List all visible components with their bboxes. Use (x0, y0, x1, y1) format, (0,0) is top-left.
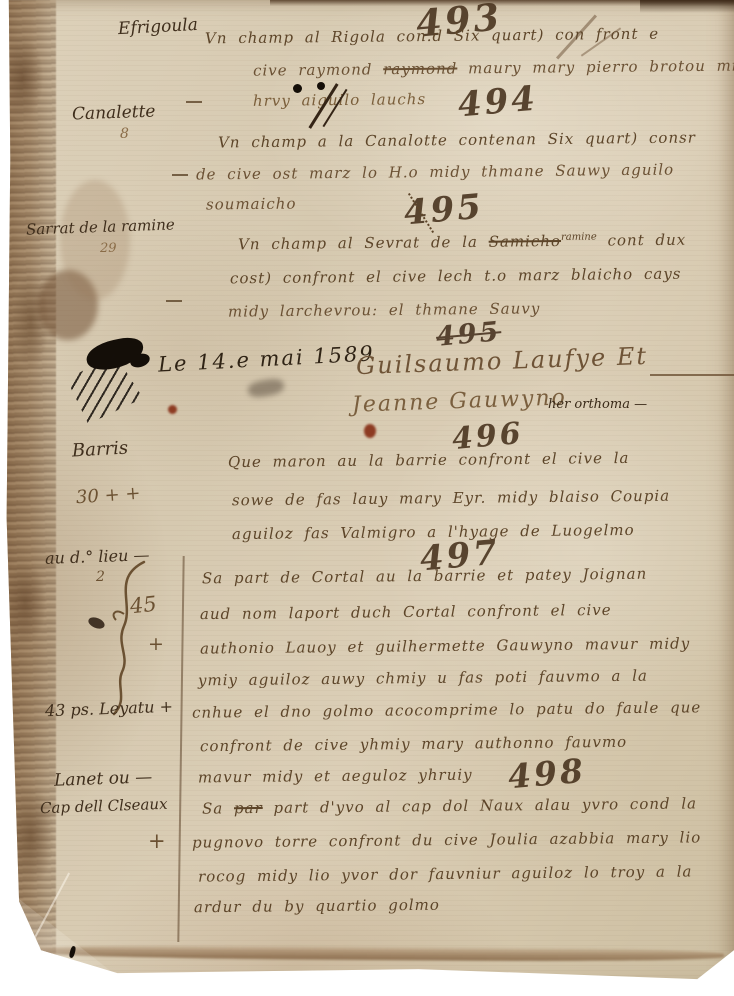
margin-note-barris: Barris (72, 439, 129, 462)
margin-note-lanet: Lanet ou — (54, 768, 153, 790)
entry-line: mavur midy et aeguloz yhruiy (198, 767, 473, 786)
entry-line: cost) confront el cive lech t.o marz bla… (230, 266, 682, 287)
rust-dot (168, 405, 177, 414)
manuscript-page: 493 Efrigoula Vn champ al Rigola con.d S… (0, 0, 734, 996)
margin-note-cap: Cap dell Clseaux (40, 796, 168, 817)
entry-line: Vn champ al Rigola con.d Six quart) con … (205, 26, 659, 47)
struck-word: par (234, 799, 263, 817)
margin-rule (177, 556, 184, 942)
margin-note-sarrat: Sarrat de la ramine (26, 216, 175, 238)
binding-edge (0, 0, 56, 972)
party-name-1: Guilsaumo Laufye Et (356, 343, 649, 380)
entry-line: ymiy aguiloz auwy chmiy u fas poti fauvm… (198, 668, 648, 689)
entry-number-498: 498 (507, 753, 588, 796)
ink-smudge (247, 377, 285, 399)
struck-word: Samicho (489, 232, 562, 251)
top-right-corner-shadow (640, 0, 734, 13)
margin-number-45: 45 (129, 593, 158, 619)
margin-number: 29 (100, 242, 117, 256)
margin-dash (172, 174, 188, 176)
line-fragment: part d'yvo al cap dol Naux alau yvro con… (263, 794, 698, 817)
heading-rule (650, 374, 734, 376)
line-fragment: Vn champ al Sevrat de la (238, 233, 489, 254)
margin-number: 8 (120, 127, 129, 142)
entry-number-495: 495 (403, 189, 486, 233)
entry-line: soumaicho (206, 196, 297, 213)
ink-dot (293, 84, 302, 93)
date-heading: Le 14.e mai 1589 (158, 342, 376, 376)
bottom-torn-edge (34, 944, 724, 963)
line-fragment: Sa (202, 799, 234, 817)
line-fragment: cont dux (597, 231, 687, 250)
entry-line: Sa part de Cortal au la barrie et patey … (202, 566, 647, 587)
margin-note-canalette: Canalette (72, 103, 156, 125)
rust-dot (364, 424, 376, 438)
page-stain (60, 180, 130, 300)
ink-dot (317, 82, 325, 90)
margin-number: 30 + + (75, 484, 141, 508)
entry-line: rocog midy lio yvor dor fauvniur aguiloz… (198, 863, 693, 885)
entry-line: ardur du by quartio golmo (194, 897, 440, 916)
entry-line: Que maron au la barrie confront el cive … (228, 450, 630, 471)
entry-line: Vn champ a la Canalotte contenan Six qua… (218, 129, 696, 151)
margin-note-efrigoula: Efrigoula (118, 16, 199, 39)
line-fragment: cive raymond (253, 60, 383, 79)
margin-dash (186, 101, 202, 103)
party-name-2: Jeanne Gauwyno (352, 386, 568, 418)
entry-line: aud nom laport duch Cortal confront el c… (200, 602, 612, 623)
margin-plus: + (148, 830, 166, 853)
superscript-correction: ramine (561, 232, 597, 243)
entry-line: pugnovo torre confront du cive Joulia az… (192, 829, 701, 851)
entry-line: authonio Lauoy et guilhermette Gauwyno m… (200, 635, 690, 657)
entry-line: Sa par part d'yvo al cap dol Naux alau y… (202, 795, 697, 817)
line-fragment: maury mary pierro brotou mid (457, 56, 734, 77)
entry-line: sowe de fas lauy mary Eyr. midy blaiso C… (232, 488, 670, 509)
entry-line: cnhue el dno golmo acocomprime lo patu d… (192, 699, 701, 721)
entry-line: de cive ost marz lo H.o midy thmane Sauw… (196, 161, 674, 183)
entry-line: Vn champ al Sevrat de la Samichoramine c… (238, 231, 686, 253)
margin-plus: + (148, 634, 164, 655)
party-note: her orthoma — (548, 398, 647, 412)
entry-line: cive raymond raymond maury mary pierro b… (253, 57, 734, 79)
struck-word: raymond (383, 59, 457, 78)
margin-dash (166, 300, 182, 302)
entry-number-494: 494 (457, 81, 540, 125)
